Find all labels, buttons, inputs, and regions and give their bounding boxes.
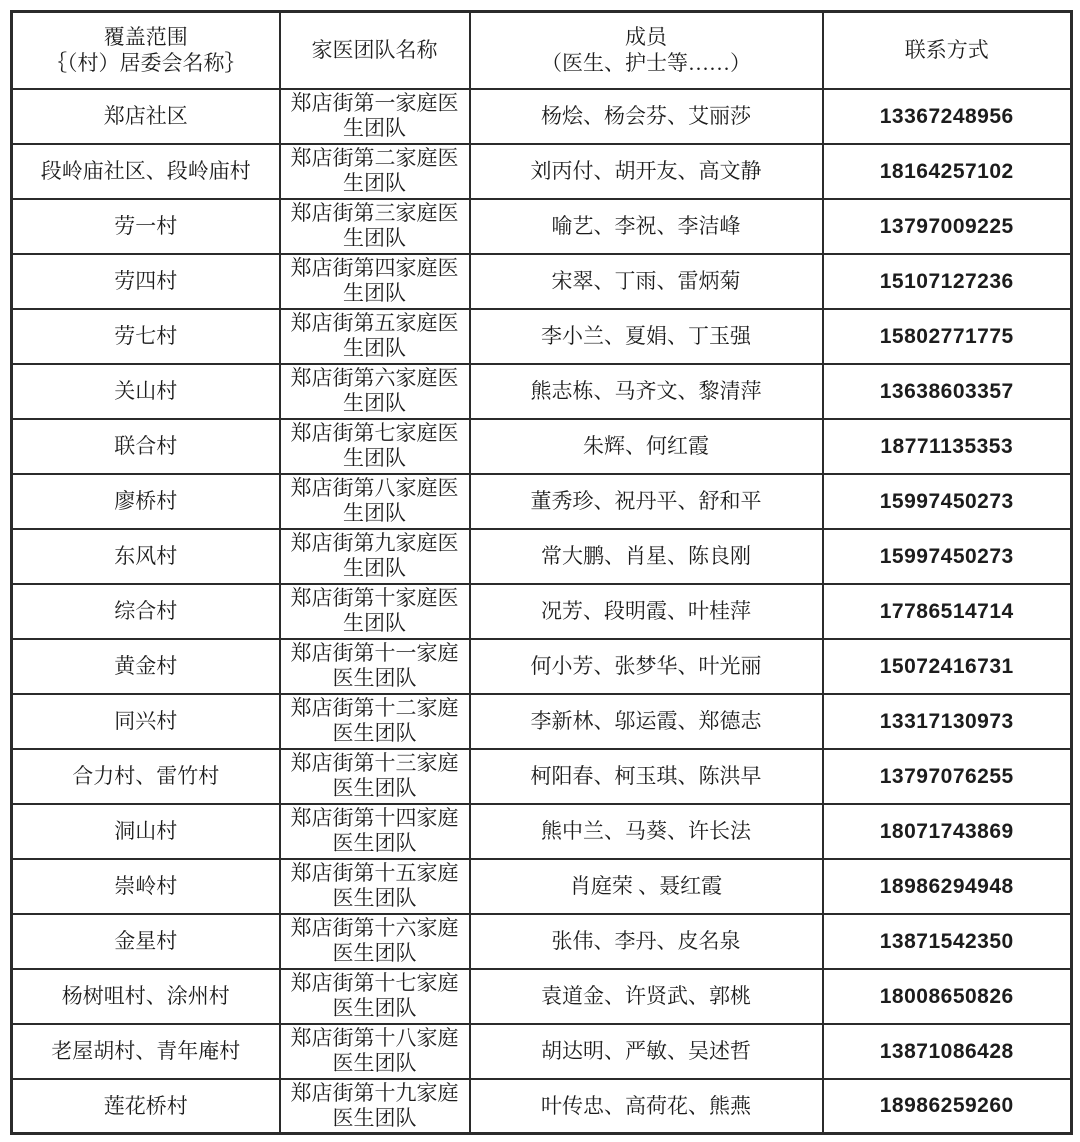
cell-team-name: 郑店街第一家庭医生团队 — [280, 89, 470, 144]
table-row: 金星村郑店街第十六家庭医生团队张伟、李丹、皮名泉13871542350 — [12, 914, 1072, 969]
team-name-text: 郑店街第十八家庭医生团队 — [286, 1026, 464, 1076]
cell-members: 喻艺、李祝、李洁峰 — [470, 199, 823, 254]
cell-phone-number: 13367248956 — [823, 89, 1072, 144]
cell-phone-number: 18771135353 — [823, 419, 1072, 474]
cell-team-name: 郑店街第七家庭医生团队 — [280, 419, 470, 474]
phone-number-text: 15802771775 — [880, 325, 1014, 348]
cell-members: 常大鹏、肖星、陈良刚 — [470, 529, 823, 584]
cell-team-name: 郑店街第十家庭医生团队 — [280, 584, 470, 639]
team-name-text: 郑店街第四家庭医生团队 — [286, 256, 464, 306]
team-name-text: 郑店街第五家庭医生团队 — [286, 311, 464, 361]
team-name-text: 郑店街第三家庭医生团队 — [286, 201, 464, 251]
phone-number-text: 15072416731 — [880, 655, 1014, 678]
phone-number-text: 18771135353 — [880, 435, 1013, 458]
cell-coverage-area: 崇岭村 — [12, 859, 280, 914]
cell-phone-number: 18071743869 — [823, 804, 1072, 859]
phone-number-text: 13797076255 — [880, 765, 1014, 788]
cell-members: 李小兰、夏娟、丁玉强 — [470, 309, 823, 364]
team-name-text: 郑店街第六家庭医生团队 — [286, 366, 464, 416]
cell-coverage-area: 老屋胡村、青年庵村 — [12, 1024, 280, 1079]
header-cell-coverage: 覆盖范围｛（村）居委会名称｝ — [12, 12, 280, 89]
header-cell-team: 家医团队名称 — [280, 12, 470, 89]
table-row: 综合村郑店街第十家庭医生团队况芳、段明霞、叶桂萍17786514714 — [12, 584, 1072, 639]
cell-members: 李新林、邬运霞、郑德志 — [470, 694, 823, 749]
cell-members: 宋翠、丁雨、雷炳菊 — [470, 254, 823, 309]
cell-phone-number: 13797076255 — [823, 749, 1072, 804]
cell-team-name: 郑店街第五家庭医生团队 — [280, 309, 470, 364]
cell-coverage-area: 黄金村 — [12, 639, 280, 694]
team-name-text: 郑店街第十五家庭医生团队 — [286, 861, 464, 911]
cell-coverage-area: 关山村 — [12, 364, 280, 419]
team-name-text: 郑店街第十家庭医生团队 — [286, 586, 464, 636]
document-page: 覆盖范围｛（村）居委会名称｝家医团队名称成员（医生、护士等……）联系方式 郑店社… — [0, 0, 1080, 1142]
table-row: 段岭庙社区、段岭庙村郑店街第二家庭医生团队刘丙付、胡开友、高文静18164257… — [12, 144, 1072, 199]
cell-phone-number: 18164257102 — [823, 144, 1072, 199]
team-name-text: 郑店街第七家庭医生团队 — [286, 421, 464, 471]
cell-phone-number: 18986294948 — [823, 859, 1072, 914]
team-name-text: 郑店街第十六家庭医生团队 — [286, 916, 464, 966]
phone-number-text: 13797009225 — [880, 215, 1014, 238]
phone-number-text: 15997450273 — [880, 490, 1014, 513]
cell-coverage-area: 联合村 — [12, 419, 280, 474]
family-doctor-team-table: 覆盖范围｛（村）居委会名称｝家医团队名称成员（医生、护士等……）联系方式 郑店社… — [10, 10, 1073, 1135]
cell-members: 熊中兰、马葵、许长法 — [470, 804, 823, 859]
phone-number-text: 18986259260 — [880, 1094, 1014, 1117]
cell-members: 胡达明、严敏、吴述哲 — [470, 1024, 823, 1079]
header-cell-phone: 联系方式 — [823, 12, 1072, 89]
phone-number-text: 13871086428 — [880, 1040, 1014, 1063]
cell-members: 柯阳春、柯玉琪、陈洪早 — [470, 749, 823, 804]
cell-coverage-area: 段岭庙社区、段岭庙村 — [12, 144, 280, 199]
cell-team-name: 郑店街第二家庭医生团队 — [280, 144, 470, 199]
table-row: 莲花桥村郑店街第十九家庭医生团队叶传忠、高荷花、熊燕18986259260 — [12, 1079, 1072, 1134]
phone-number-text: 18071743869 — [880, 820, 1014, 843]
cell-members: 叶传忠、高荷花、熊燕 — [470, 1079, 823, 1134]
phone-number-text: 15107127236 — [880, 270, 1014, 293]
cell-coverage-area: 劳四村 — [12, 254, 280, 309]
cell-phone-number: 13797009225 — [823, 199, 1072, 254]
cell-members: 袁道金、许贤武、郭桃 — [470, 969, 823, 1024]
phone-number-text: 18008650826 — [880, 985, 1014, 1008]
cell-members: 肖庭荣 、聂红霞 — [470, 859, 823, 914]
cell-phone-number: 18008650826 — [823, 969, 1072, 1024]
cell-phone-number: 15997450273 — [823, 529, 1072, 584]
cell-coverage-area: 杨树咀村、涂州村 — [12, 969, 280, 1024]
cell-team-name: 郑店街第十七家庭医生团队 — [280, 969, 470, 1024]
cell-phone-number: 13638603357 — [823, 364, 1072, 419]
cell-members: 何小芳、张梦华、叶光丽 — [470, 639, 823, 694]
team-name-text: 郑店街第二家庭医生团队 — [286, 146, 464, 196]
table-row: 合力村、雷竹村郑店街第十三家庭医生团队柯阳春、柯玉琪、陈洪早1379707625… — [12, 749, 1072, 804]
header-cell-members-line: 成员 — [471, 24, 822, 50]
cell-members: 董秀珍、祝丹平、舒和平 — [470, 474, 823, 529]
table-row: 杨树咀村、涂州村郑店街第十七家庭医生团队袁道金、许贤武、郭桃1800865082… — [12, 969, 1072, 1024]
team-name-text: 郑店街第一家庭医生团队 — [286, 91, 464, 141]
phone-number-text: 13367248956 — [880, 105, 1014, 128]
phone-number-text: 13638603357 — [880, 380, 1014, 403]
table-row: 洞山村郑店街第十四家庭医生团队熊中兰、马葵、许长法18071743869 — [12, 804, 1072, 859]
header-cell-team-line: 家医团队名称 — [281, 37, 469, 63]
cell-team-name: 郑店街第十六家庭医生团队 — [280, 914, 470, 969]
cell-coverage-area: 郑店社区 — [12, 89, 280, 144]
cell-team-name: 郑店街第三家庭医生团队 — [280, 199, 470, 254]
cell-coverage-area: 劳七村 — [12, 309, 280, 364]
table-header: 覆盖范围｛（村）居委会名称｝家医团队名称成员（医生、护士等……）联系方式 — [12, 12, 1072, 89]
cell-members: 朱辉、何红霞 — [470, 419, 823, 474]
table-row: 郑店社区郑店街第一家庭医生团队杨烩、杨会芬、艾丽莎13367248956 — [12, 89, 1072, 144]
cell-members: 况芳、段明霞、叶桂萍 — [470, 584, 823, 639]
phone-number-text: 17786514714 — [880, 600, 1014, 623]
cell-coverage-area: 综合村 — [12, 584, 280, 639]
table-row: 东风村郑店街第九家庭医生团队常大鹏、肖星、陈良刚15997450273 — [12, 529, 1072, 584]
table-row: 劳一村郑店街第三家庭医生团队喻艺、李祝、李洁峰13797009225 — [12, 199, 1072, 254]
team-name-text: 郑店街第十二家庭医生团队 — [286, 696, 464, 746]
table-row: 联合村郑店街第七家庭医生团队朱辉、何红霞18771135353 — [12, 419, 1072, 474]
cell-coverage-area: 东风村 — [12, 529, 280, 584]
team-name-text: 郑店街第十四家庭医生团队 — [286, 806, 464, 856]
phone-number-text: 18986294948 — [880, 875, 1014, 898]
cell-team-name: 郑店街第十一家庭医生团队 — [280, 639, 470, 694]
team-name-text: 郑店街第十三家庭医生团队 — [286, 751, 464, 801]
cell-coverage-area: 同兴村 — [12, 694, 280, 749]
cell-members: 张伟、李丹、皮名泉 — [470, 914, 823, 969]
cell-members: 刘丙付、胡开友、高文静 — [470, 144, 823, 199]
cell-phone-number: 13871086428 — [823, 1024, 1072, 1079]
header-cell-members-line: （医生、护士等……） — [471, 50, 822, 76]
cell-team-name: 郑店街第十四家庭医生团队 — [280, 804, 470, 859]
header-cell-coverage-line: 覆盖范围 — [13, 24, 279, 50]
team-name-text: 郑店街第十七家庭医生团队 — [286, 971, 464, 1021]
cell-phone-number: 15107127236 — [823, 254, 1072, 309]
team-name-text: 郑店街第九家庭医生团队 — [286, 531, 464, 581]
cell-phone-number: 15802771775 — [823, 309, 1072, 364]
cell-phone-number: 15997450273 — [823, 474, 1072, 529]
header-cell-phone-line: 联系方式 — [824, 37, 1071, 63]
table-row: 黄金村郑店街第十一家庭医生团队何小芳、张梦华、叶光丽15072416731 — [12, 639, 1072, 694]
cell-coverage-area: 洞山村 — [12, 804, 280, 859]
header-cell-members: 成员（医生、护士等……） — [470, 12, 823, 89]
cell-team-name: 郑店街第十八家庭医生团队 — [280, 1024, 470, 1079]
phone-number-text: 13317130973 — [880, 710, 1014, 733]
team-name-text: 郑店街第十一家庭医生团队 — [286, 641, 464, 691]
table-row: 关山村郑店街第六家庭医生团队熊志栋、马齐文、黎清萍13638603357 — [12, 364, 1072, 419]
cell-team-name: 郑店街第六家庭医生团队 — [280, 364, 470, 419]
phone-number-text: 13871542350 — [880, 930, 1014, 953]
table-row: 老屋胡村、青年庵村郑店街第十八家庭医生团队胡达明、严敏、吴述哲138710864… — [12, 1024, 1072, 1079]
cell-members: 熊志栋、马齐文、黎清萍 — [470, 364, 823, 419]
cell-coverage-area: 莲花桥村 — [12, 1079, 280, 1134]
table-row: 廖桥村郑店街第八家庭医生团队董秀珍、祝丹平、舒和平15997450273 — [12, 474, 1072, 529]
table-row: 劳七村郑店街第五家庭医生团队李小兰、夏娟、丁玉强15802771775 — [12, 309, 1072, 364]
cell-phone-number: 13317130973 — [823, 694, 1072, 749]
cell-coverage-area: 合力村、雷竹村 — [12, 749, 280, 804]
table-row: 同兴村郑店街第十二家庭医生团队李新林、邬运霞、郑德志13317130973 — [12, 694, 1072, 749]
cell-coverage-area: 金星村 — [12, 914, 280, 969]
team-name-text: 郑店街第十九家庭医生团队 — [286, 1081, 464, 1131]
table-body: 郑店社区郑店街第一家庭医生团队杨烩、杨会芬、艾丽莎13367248956段岭庙社… — [12, 89, 1072, 1134]
phone-number-text: 18164257102 — [880, 160, 1014, 183]
cell-members: 杨烩、杨会芬、艾丽莎 — [470, 89, 823, 144]
cell-coverage-area: 劳一村 — [12, 199, 280, 254]
cell-phone-number: 13871542350 — [823, 914, 1072, 969]
cell-team-name: 郑店街第十二家庭医生团队 — [280, 694, 470, 749]
cell-team-name: 郑店街第十三家庭医生团队 — [280, 749, 470, 804]
cell-team-name: 郑店街第四家庭医生团队 — [280, 254, 470, 309]
header-cell-coverage-line: ｛（村）居委会名称｝ — [13, 50, 279, 76]
cell-team-name: 郑店街第十九家庭医生团队 — [280, 1079, 470, 1134]
team-name-text: 郑店街第八家庭医生团队 — [286, 476, 464, 526]
header-row: 覆盖范围｛（村）居委会名称｝家医团队名称成员（医生、护士等……）联系方式 — [12, 12, 1072, 89]
phone-number-text: 15997450273 — [880, 545, 1014, 568]
table-row: 劳四村郑店街第四家庭医生团队宋翠、丁雨、雷炳菊15107127236 — [12, 254, 1072, 309]
cell-phone-number: 17786514714 — [823, 584, 1072, 639]
cell-coverage-area: 廖桥村 — [12, 474, 280, 529]
cell-team-name: 郑店街第十五家庭医生团队 — [280, 859, 470, 914]
cell-phone-number: 15072416731 — [823, 639, 1072, 694]
cell-phone-number: 18986259260 — [823, 1079, 1072, 1134]
table-row: 崇岭村郑店街第十五家庭医生团队肖庭荣 、聂红霞18986294948 — [12, 859, 1072, 914]
cell-team-name: 郑店街第九家庭医生团队 — [280, 529, 470, 584]
cell-team-name: 郑店街第八家庭医生团队 — [280, 474, 470, 529]
